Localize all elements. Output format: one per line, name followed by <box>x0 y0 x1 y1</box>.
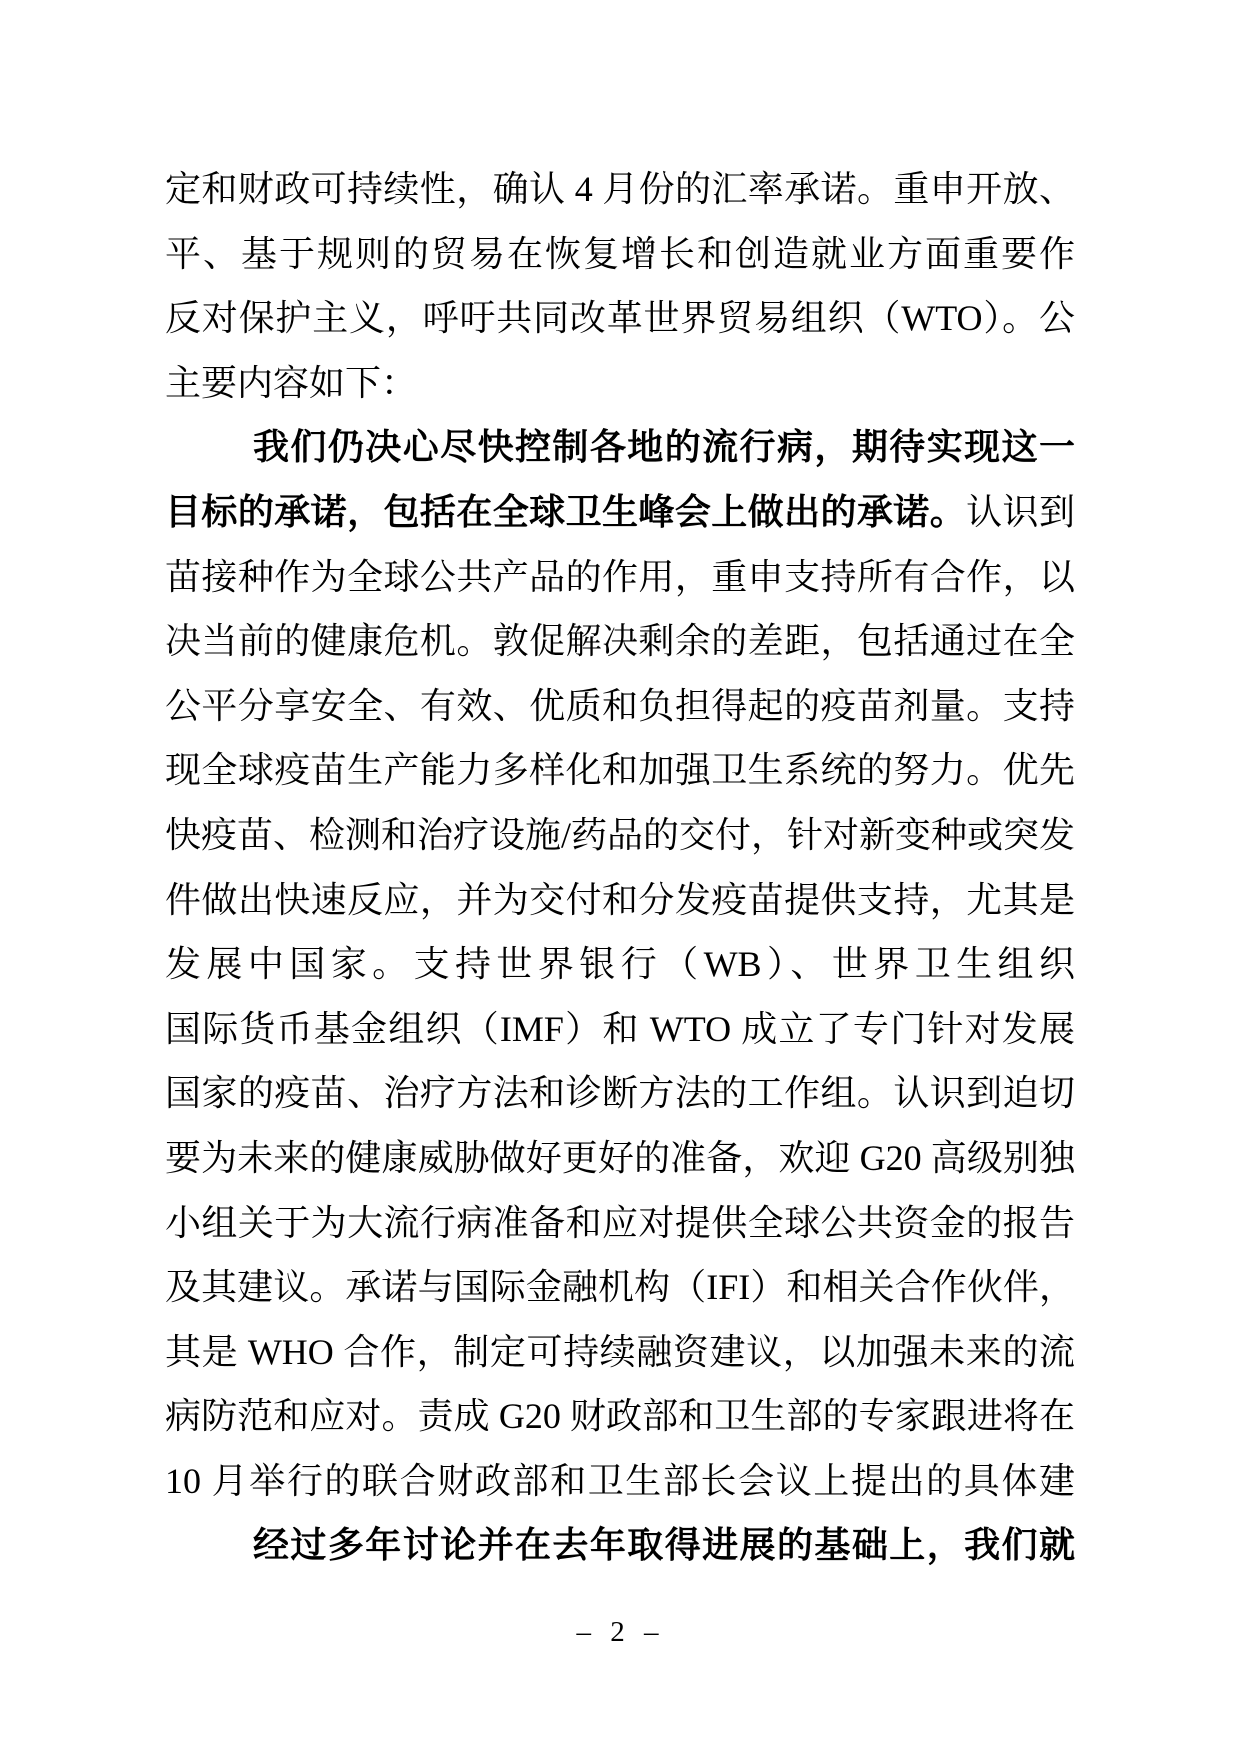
line-text: 要为未来的健康威胁做好更好的准备，欢迎 G20 高级别独立 <box>165 1138 1075 1191</box>
line-text-bold: 目标的承诺，包括在全球卫生峰会上做出的承诺。 <box>165 492 966 532</box>
page-number: – 2 – <box>0 1612 1241 1652</box>
document-text: 定和财政可持续性，确认 4 月份的汇率承诺。重申开放、公 平、基于规则的贸易在恢… <box>165 157 1075 1578</box>
text-line: 及其建议。承诺与国际金融机构（IFI）和相关合作伙伴，尤 <box>165 1255 1075 1320</box>
text-line: 决当前的健康危机。敦促解决剩余的差距，包括通过在全球 <box>165 609 1075 674</box>
text-line: 其是 WHO 合作，制定可持续融资建议，以加强未来的流行 <box>165 1320 1075 1385</box>
line-text-bold: 经过多年讨论并在去年取得进展的基础上，我们就更稳 <box>165 1525 1075 1578</box>
line-text-bold: 我们仍决心尽快控制各地的流行病，期待实现这一宏伟 <box>165 427 1075 480</box>
document-page: 定和财政可持续性，确认 4 月份的汇率承诺。重申开放、公 平、基于规则的贸易在恢… <box>0 0 1241 1754</box>
line-text: 10 月举行的联合财政部和卫生部长会议上提出的具体建议。 <box>165 1461 1075 1514</box>
line-text: 快疫苗、检测和治疗设施/药品的交付，针对新变种或突发事 <box>165 815 1075 868</box>
text-line: 经过多年讨论并在去年取得进展的基础上，我们就更稳 <box>165 1513 1075 1578</box>
line-text: 公平分享安全、有效、优质和负担得起的疫苗剂量。支持实 <box>165 686 1075 739</box>
text-line: 主要内容如下： <box>165 351 1075 416</box>
text-line: 小组关于为大流行病准备和应对提供全球公共资金的报告 <box>165 1191 1075 1256</box>
text-line: 件做出快速反应，并为交付和分发疫苗提供支持，尤其是向 <box>165 868 1075 933</box>
text-line: 目标的承诺，包括在全球卫生峰会上做出的承诺。认识到疫 <box>165 480 1075 545</box>
text-line: 我们仍决心尽快控制各地的流行病，期待实现这一宏伟 <box>165 415 1075 480</box>
line-text: 现全球疫苗生产能力多样化和加强卫生系统的努力。优先加 <box>165 750 1075 803</box>
text-line: 现全球疫苗生产能力多样化和加强卫生系统的努力。优先加 <box>165 738 1075 803</box>
text-line: 反对保护主义，呼吁共同改革世界贸易组织（WTO）。公报 <box>165 286 1075 351</box>
line-text: 定和财政可持续性，确认 4 月份的汇率承诺。重申开放、公 <box>165 169 1075 222</box>
text-line: 要为未来的健康威胁做好更好的准备，欢迎 G20 高级别独立 <box>165 1126 1075 1191</box>
line-text: 国家的疫苗、治疗方法和诊断方法的工作组。认识到迫切需 <box>165 1073 1075 1126</box>
line-text: 及其建议。承诺与国际金融机构（IFI）和相关合作伙伴，尤 <box>165 1267 1075 1320</box>
line-text: 国际货币基金组织（IMF）和 WTO 成立了专门针对发展中 <box>165 1009 1075 1062</box>
text-line: 10 月举行的联合财政部和卫生部长会议上提出的具体建议。 <box>165 1449 1075 1514</box>
text-line: 国家的疫苗、治疗方法和诊断方法的工作组。认识到迫切需 <box>165 1061 1075 1126</box>
text-line: 平、基于规则的贸易在恢复增长和创造就业方面重要作用， <box>165 222 1075 287</box>
text-line: 国际货币基金组织（IMF）和 WTO 成立了专门针对发展中 <box>165 997 1075 1062</box>
line-text: 决当前的健康危机。敦促解决剩余的差距，包括通过在全球 <box>165 621 1075 674</box>
text-line: 快疫苗、检测和治疗设施/药品的交付，针对新变种或突发事 <box>165 803 1075 868</box>
text-line: 发展中国家。支持世界银行（WB）、世界卫生组织（WHO）、 <box>165 932 1075 997</box>
line-text: 平、基于规则的贸易在恢复增长和创造就业方面重要作用， <box>165 234 1075 287</box>
text-line: 定和财政可持续性，确认 4 月份的汇率承诺。重申开放、公 <box>165 157 1075 222</box>
line-text: 小组关于为大流行病准备和应对提供全球公共资金的报告 <box>165 1203 1075 1243</box>
text-line: 苗接种作为全球公共产品的作用，重申支持所有合作，以解 <box>165 545 1075 610</box>
line-text: 件做出快速反应，并为交付和分发疫苗提供支持，尤其是向 <box>165 880 1075 933</box>
line-text: 病防范和应对。责成 G20 财政部和卫生部的专家跟进将在 <box>165 1396 1075 1436</box>
line-text: 其是 WHO 合作，制定可持续融资建议，以加强未来的流行 <box>165 1332 1075 1385</box>
line-text: 主要内容如下： <box>165 363 417 403</box>
text-line: 公平分享安全、有效、优质和负担得起的疫苗剂量。支持实 <box>165 674 1075 739</box>
line-text: 苗接种作为全球公共产品的作用，重申支持所有合作，以解 <box>165 557 1075 610</box>
text-line: 病防范和应对。责成 G20 财政部和卫生部的专家跟进将在 <box>165 1384 1075 1449</box>
line-text: 发展中国家。支持世界银行（WB）、世界卫生组织（WHO）、 <box>165 944 1075 997</box>
line-text: 反对保护主义，呼吁共同改革世界贸易组织（WTO）。公报 <box>165 298 1075 351</box>
